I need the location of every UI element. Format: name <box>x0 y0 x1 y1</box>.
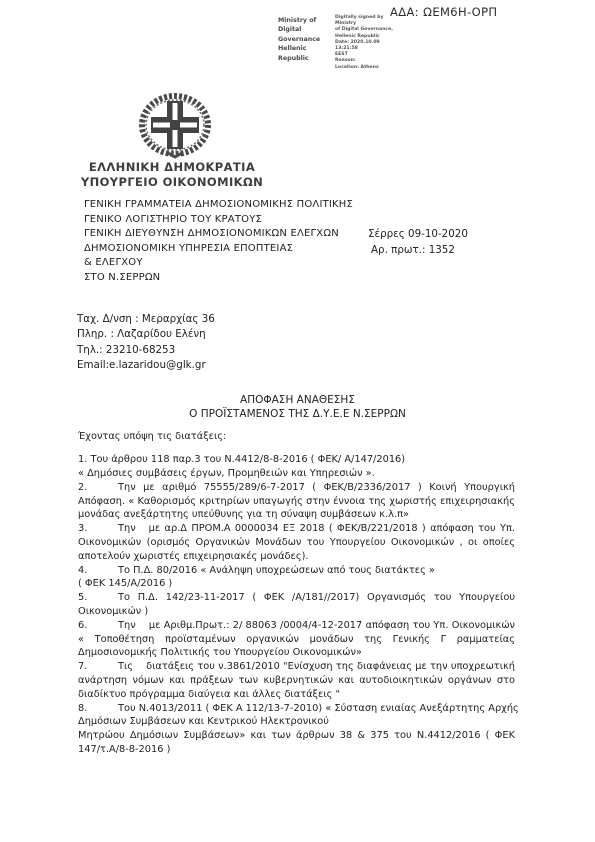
decision-subtitle: Ο ΠΡΟΪΣΤΑΜΕΝΟΣ ΤΗΣ Δ.Υ.Ε.Ε Ν.ΣΕΡΡΩΝ <box>0 407 595 421</box>
ada-number: ΑΔΑ: ΩΕΜ6Η-ΟΡΠ <box>390 5 497 19</box>
legal-basis-line: μονάδας ανεξάρτητης υπεύθυνης για τη σύν… <box>78 508 515 522</box>
legal-basis-line: 2.Την με αριθμό 75555/289/6-7-2017 ( ΦΕΚ… <box>78 481 515 495</box>
republic-line: ΕΛΛΗΝΙΚΗ ΔΗΜΟΚΡΑΤΙΑ <box>52 160 292 175</box>
contact-block: Ταχ. Δ/νση : Μεραρχίας 36 Πληρ. : Λαζαρί… <box>77 312 215 374</box>
item-text: μονάδας ανεξάρτητης υπεύθυνης για τη σύν… <box>78 509 409 520</box>
item-number: 7. <box>78 660 118 674</box>
legal-basis-line: 7.Τις διατάξεις του ν.3861/2010 "Ενίσχυσ… <box>78 660 515 674</box>
ministry-line: ΥΠΟΥΡΓΕΙΟ ΟΙΚΟΝΟΜΙΚΩΝ <box>52 175 292 190</box>
address-line: Ταχ. Δ/νση : Μεραρχίας 36 <box>77 312 215 327</box>
item-number: 5. <box>78 591 118 605</box>
legal-basis-line: « Τοποθέτηση προϊσταμένων οργανικών μονά… <box>78 633 515 647</box>
item-text: Απόφαση. « Καθορισμός κριτηρίων υπαγωγής… <box>78 496 515 507</box>
legal-basis-line: Δημοσιονομικής Πολιτικής του Υπουργείου … <box>78 646 515 660</box>
legal-basis-lines: 1. Του άρθρου 118 παρ.3 του Ν.4412/8-8-2… <box>78 453 515 757</box>
digital-signature-authority: Ministry of Digital Governance Hellenic … <box>278 16 338 63</box>
legal-basis-line: 147/τ.Α/8-8-2016 ) <box>78 743 515 757</box>
legal-basis-line: Οικονομικών ) <box>78 605 515 619</box>
item-text: ( ΦΕΚ 145/Α/2016 ) <box>78 578 172 589</box>
item-text: Την με αρ.Δ ΠΡΟΜ.Α 0000034 ΕΞ 2018 ( ΦΕΚ… <box>118 523 515 534</box>
contact-person: Πληρ. : Λαζαρίδου Ελένη <box>77 327 215 342</box>
decision-title: ΑΠΟΦΑΣΗ ΑΝΑΘΕΣΗΣ <box>0 393 595 407</box>
item-text: Δημοσιονομικής Πολιτικής του Υπουργείου … <box>78 647 362 658</box>
decision-title-block: ΑΠΟΦΑΣΗ ΑΝΑΘΕΣΗΣ Ο ΠΡΟΪΣΤΑΜΕΝΟΣ ΤΗΣ Δ.Υ.… <box>0 393 595 421</box>
legal-basis-line: ( ΦΕΚ 145/Α/2016 ) <box>78 577 515 591</box>
legal-basis-line: 6.Την με Αριθμ.Πρωτ.: 2/ 88063 /0004/4-1… <box>78 619 515 633</box>
item-number: 4. <box>78 564 118 578</box>
legal-basis-line: ανάρτηση νόμων και πράξεων των κυβερνητι… <box>78 674 515 688</box>
legal-basis-line: αποτελούν χωριστές επιχειρησιακές μονάδε… <box>78 550 515 564</box>
issue-place-date: Σέρρες 09-10-2020 <box>368 228 468 240</box>
digital-signature-details: Digitally signed by Ministry of Digital … <box>335 15 395 71</box>
item-text: διαδίκτυο πρόγραμμα διαύγεια και άλλες δ… <box>78 689 340 700</box>
item-text: Οικονομικών (ορισμός Οργανικών Μονάδων τ… <box>78 537 515 548</box>
item-text: Την με αριθμό 75555/289/6-7-2017 ( ΦΕΚ/Β… <box>118 482 515 493</box>
item-text: Του Ν.4013/2011 ( ΦΕΚ Α 112/13-7-2010) «… <box>118 703 519 714</box>
legal-basis-section: Έχοντας υπόψη τις διατάξεις: 1. Του άρθρ… <box>78 430 515 757</box>
item-text: Την με Αριθμ.Πρωτ.: 2/ 88063 /0004/4-12-… <box>118 620 515 631</box>
legal-basis-line: 1. Του άρθρου 118 παρ.3 του Ν.4412/8-8-2… <box>78 453 515 467</box>
item-text: Το Π.Δ. 142/23-11-2017 ( ΦΕΚ /Α/181//201… <box>118 592 515 603</box>
legal-basis-line: Δημόσιων Συμβάσεων και Κεντρικού Ηλεκτρο… <box>78 715 515 729</box>
item-text: « Δημόσιες συμβάσεις έργων, Προμηθειών κ… <box>78 468 375 479</box>
legal-basis-line: Απόφαση. « Καθορισμός κριτηρίων υπαγωγής… <box>78 495 515 509</box>
legal-basis-line: 4.Το Π.Δ. 80/2016 « Ανάληψη υποχρεώσεων … <box>78 564 515 578</box>
document-page: ΑΔΑ: ΩΕΜ6Η-ΟΡΠ Ministry of Digital Gover… <box>0 0 595 842</box>
item-text: Μητρώου Δημόσιων Συμβάσεων» και των άρθρ… <box>78 730 515 741</box>
item-text: Τις διατάξεις του ν.3861/2010 "Ενίσχυση … <box>118 661 515 672</box>
item-number: 8. <box>78 702 118 716</box>
item-text: 1. Του άρθρου 118 παρ.3 του Ν.4412/8-8-2… <box>78 454 405 465</box>
item-text: 147/τ.Α/8-8-2016 ) <box>78 744 170 755</box>
legal-basis-line: 3.Την με αρ.Δ ΠΡΟΜ.Α 0000034 ΕΞ 2018 ( Φ… <box>78 522 515 536</box>
legal-basis-line: 8.Του Ν.4013/2011 ( ΦΕΚ Α 112/13-7-2010)… <box>78 702 515 716</box>
email-line: Email:e.lazaridou@glk.gr <box>77 358 215 373</box>
item-text: « Τοποθέτηση προϊσταμένων οργανικών μονά… <box>78 634 515 645</box>
item-text: Οικονομικών ) <box>78 606 148 617</box>
legal-basis-line: 5.Το Π.Δ. 142/23-11-2017 ( ΦΕΚ /Α/181//2… <box>78 591 515 605</box>
greek-coat-of-arms-icon <box>138 93 212 165</box>
legal-basis-line: « Δημόσιες συμβάσεις έργων, Προμηθειών κ… <box>78 467 515 481</box>
item-number: 2. <box>78 481 118 495</box>
item-text: αποτελούν χωριστές επιχειρησιακές μονάδε… <box>78 551 309 562</box>
item-text: Δημόσιων Συμβάσεων και Κεντρικού Ηλεκτρο… <box>78 716 329 727</box>
protocol-number: Αρ. πρωτ.: 1352 <box>371 244 455 256</box>
item-number: 3. <box>78 522 118 536</box>
legal-basis-intro: Έχοντας υπόψη τις διατάξεις: <box>78 430 515 444</box>
item-number: 6. <box>78 619 118 633</box>
item-text: Το Π.Δ. 80/2016 « Ανάληψη υποχρεώσεων απ… <box>118 565 435 576</box>
legal-basis-line: διαδίκτυο πρόγραμμα διαύγεια και άλλες δ… <box>78 688 515 702</box>
emblem-caption: ΕΛΛΗΝΙΚΗ ΔΗΜΟΚΡΑΤΙΑ ΥΠΟΥΡΓΕΙΟ ΟΙΚΟΝΟΜΙΚΩ… <box>52 160 292 189</box>
legal-basis-line: Οικονομικών (ορισμός Οργανικών Μονάδων τ… <box>78 536 515 550</box>
item-text: ανάρτηση νόμων και πράξεων των κυβερνητι… <box>78 675 515 686</box>
legal-basis-line: Μητρώου Δημόσιων Συμβάσεων» και των άρθρ… <box>78 729 515 743</box>
phone-line: Τηλ.: 23210-68253 <box>77 343 215 358</box>
agency-header: ΓΕΝΙΚΗ ΓΡΑΜΜΑΤΕΙΑ ΔΗΜΟΣΙΟΝΟΜΙΚΗΣ ΠΟΛΙΤΙΚ… <box>84 198 353 286</box>
